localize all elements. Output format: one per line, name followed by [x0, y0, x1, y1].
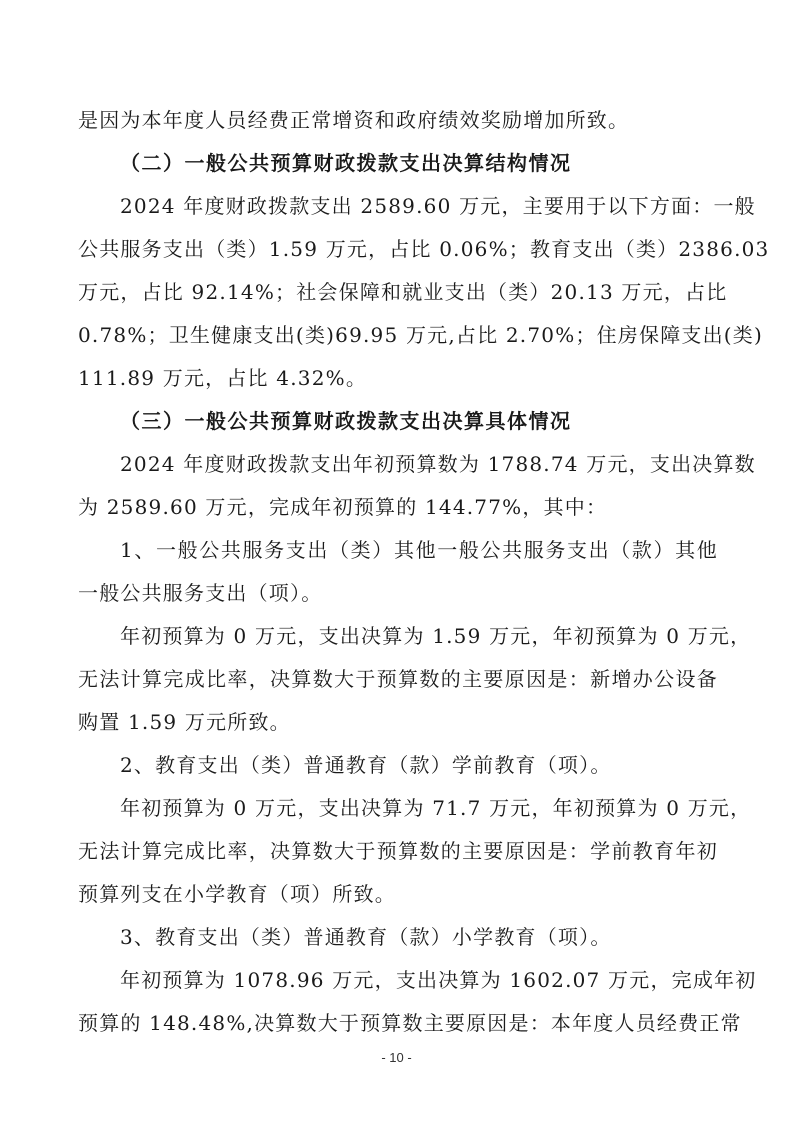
paragraph-line: 预算的 148.48%,决算数大于预算数主要原因是：本年度人员经费正常 — [78, 1010, 718, 1036]
paragraph-line: 为 2589.60 万元，完成年初预算的 144.77%，其中： — [78, 494, 718, 520]
item-title-1: 1、一般公共服务支出（类）其他一般公共服务支出（款）其他 — [78, 537, 718, 563]
paragraph-line: 预算列支在小学教育（项）所致。 — [78, 881, 718, 907]
item-title-1-cont: 一般公共服务支出（项）。 — [78, 580, 718, 606]
item-title-3: 3、教育支出（类）普通教育（款）小学教育（项）。 — [78, 924, 718, 950]
paragraph-line: 2024 年度财政拨款支出 2589.60 万元，主要用于以下方面：一般 — [78, 193, 718, 219]
paragraph-line: 年初预算为 1078.96 万元，支出决算为 1602.07 万元，完成年初 — [78, 967, 718, 993]
paragraph-line: 年初预算为 0 万元，支出决算为 1.59 万元，年初预算为 0 万元， — [78, 623, 718, 649]
paragraph-line: 公共服务支出（类）1.59 万元，占比 0.06%；教育支出（类）2386.03 — [78, 236, 718, 262]
paragraph-line: 无法计算完成比率，决算数大于预算数的主要原因是：新增办公设备 — [78, 666, 718, 692]
section-heading-details: （三）一般公共预算财政拨款支出决算具体情况 — [78, 408, 718, 434]
section-heading-structure: （二）一般公共预算财政拨款支出决算结构情况 — [78, 150, 718, 176]
item-title-2: 2、教育支出（类）普通教育（款）学前教育（项）。 — [78, 752, 718, 778]
paragraph-line: 万元，占比 92.14%；社会保障和就业支出（类）20.13 万元，占比 — [78, 279, 718, 305]
paragraph-line: 0.78%；卫生健康支出(类)69.95 万元,占比 2.70%；住房保障支出(… — [78, 322, 718, 348]
paragraph-line: 购置 1.59 万元所致。 — [78, 709, 718, 735]
paragraph-line: 2024 年度财政拨款支出年初预算数为 1788.74 万元，支出决算数 — [78, 451, 718, 477]
paragraph-line: 是因为本年度人员经费正常增资和政府绩效奖励增加所致。 — [78, 107, 718, 133]
paragraph-line: 无法计算完成比率，决算数大于预算数的主要原因是：学前教育年初 — [78, 838, 718, 864]
paragraph-line: 111.89 万元，占比 4.32%。 — [78, 365, 718, 391]
paragraph-line: 年初预算为 0 万元，支出决算为 71.7 万元，年初预算为 0 万元， — [78, 795, 718, 821]
page-number: - 10 - — [0, 1050, 793, 1065]
